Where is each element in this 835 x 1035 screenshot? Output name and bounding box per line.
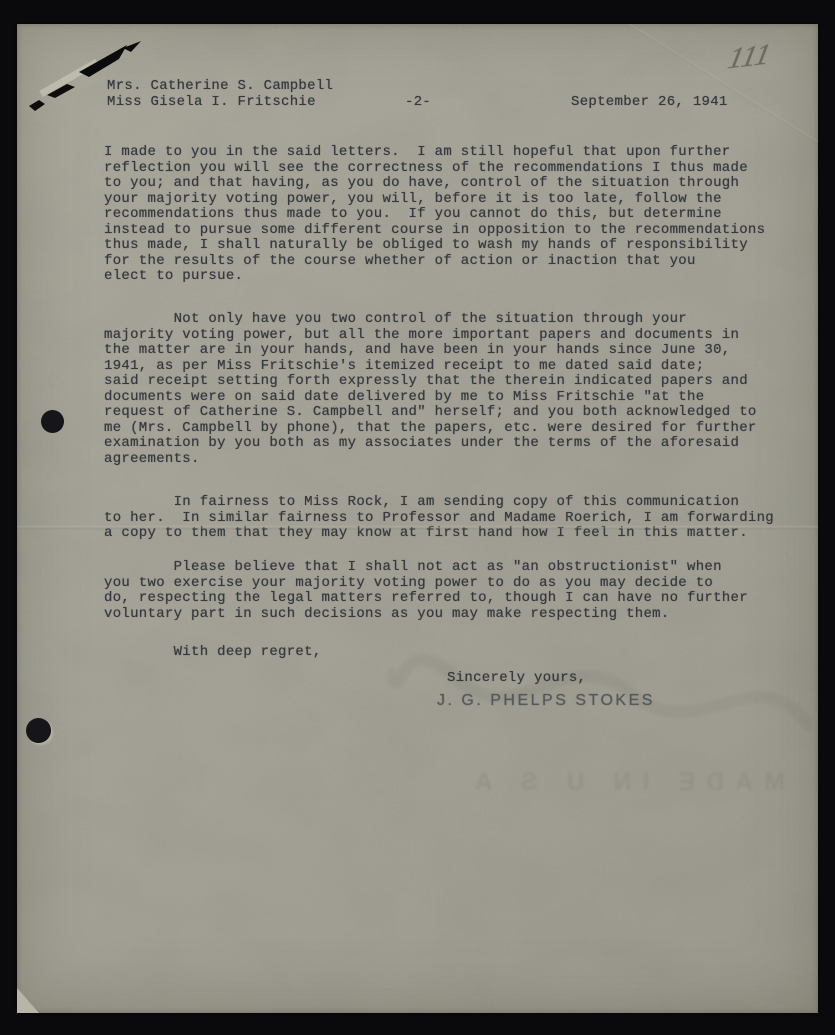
letter-date: September 26, 1941 bbox=[571, 95, 728, 111]
page-number: -2- bbox=[405, 95, 431, 111]
letter-paper: 111 Mrs. Catherine S. Campbell Miss Gise… bbox=[17, 24, 818, 1013]
body-paragraph-1: I made to you in the said letters. I am … bbox=[104, 145, 814, 285]
body-paragraph-3: In fairness to Miss Rock, I am sending c… bbox=[104, 495, 814, 542]
recipient-line-1: Mrs. Catherine S. Campbell bbox=[107, 79, 333, 95]
bleedthrough-stamp: MADE IN U S A bbox=[435, 768, 785, 797]
scanned-letter-page: 111 Mrs. Catherine S. Campbell Miss Gise… bbox=[0, 0, 835, 1035]
folded-corner bbox=[17, 988, 39, 1013]
bleedthrough-scrawl bbox=[387, 639, 817, 759]
fold-crease bbox=[17, 526, 818, 529]
corner-crease bbox=[599, 24, 818, 155]
body-paragraph-2: Not only have you two control of the sit… bbox=[104, 312, 814, 467]
body-paragraph-4: Please believe that I shall not act as "… bbox=[104, 560, 814, 622]
punch-hole-bottom bbox=[26, 718, 51, 743]
punch-hole-top bbox=[41, 410, 64, 433]
pencil-annotation: 111 bbox=[725, 38, 774, 77]
recipient-line-2: Miss Gisela I. Fritschie bbox=[107, 95, 316, 111]
